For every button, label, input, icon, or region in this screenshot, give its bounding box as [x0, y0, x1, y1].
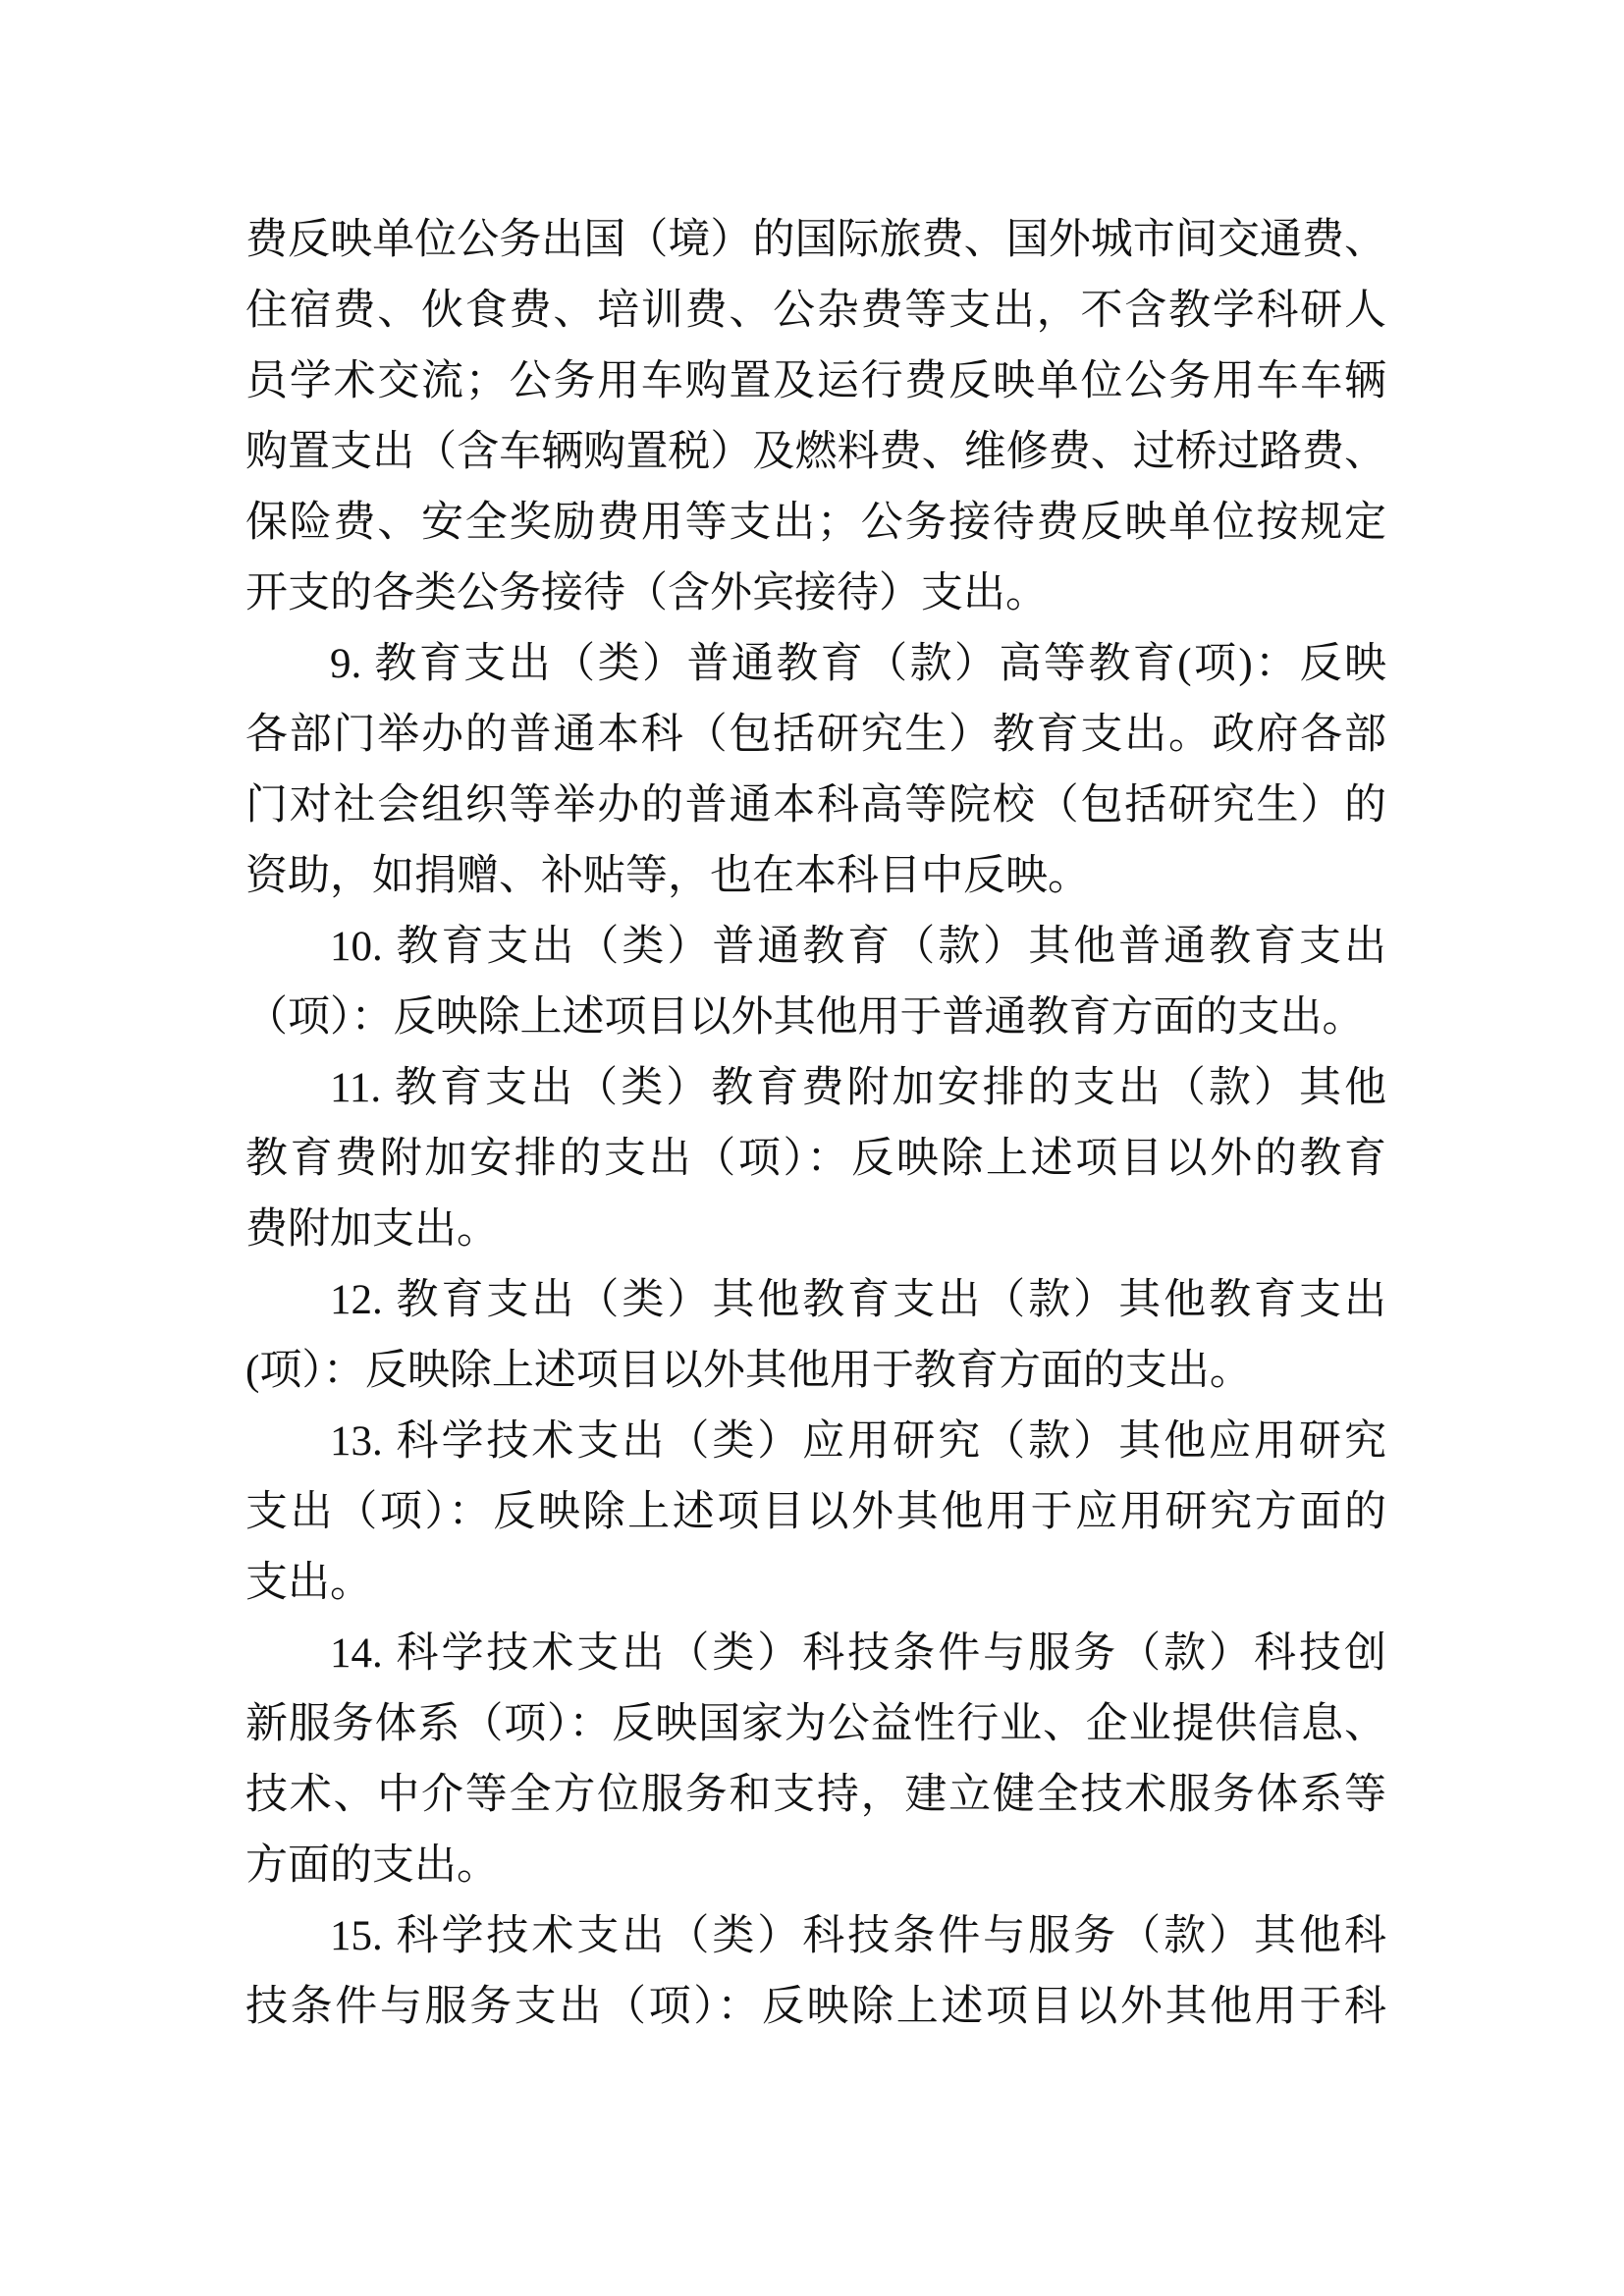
text-line: 9. 教育支出（类）普通教育（款）高等教育(项)：反映 — [245, 629, 1386, 700]
text-line: 10. 教育支出（类）普通教育（款）其他普通教育支出 — [245, 912, 1386, 983]
text-line: 费反映单位公务出国（境）的国际旅费、国外城市间交通费、 — [245, 205, 1386, 276]
text-line: 技术、中介等全方位服务和支持，建立健全技术服务体系等 — [245, 1760, 1386, 1831]
text-line: （项）：反映除上述项目以外其他用于普通教育方面的支出。 — [245, 983, 1386, 1053]
text-line: 11. 教育支出（类）教育费附加安排的支出（款）其他 — [245, 1053, 1386, 1124]
text-line: 新服务体系（项）：反映国家为公益性行业、企业提供信息、 — [245, 1689, 1386, 1760]
text-line: 开支的各类公务接待（含外宾接待）支出。 — [245, 559, 1386, 629]
text-line: 员学术交流；公务用车购置及运行费反映单位公务用车车辆 — [245, 347, 1386, 417]
text-line: 支出。 — [245, 1548, 1386, 1619]
text-block: 费反映单位公务出国（境）的国际旅费、国外城市间交通费、住宿费、伙食费、培训费、公… — [245, 205, 1386, 2043]
text-line: 支出（项）：反映除上述项目以外其他用于应用研究方面的 — [245, 1477, 1386, 1548]
text-line: 15. 科学技术支出（类）科技条件与服务（款）其他科 — [245, 1901, 1386, 1972]
text-line: 各部门举办的普通本科（包括研究生）教育支出。政府各部 — [245, 700, 1386, 771]
text-line: 14. 科学技术支出（类）科技条件与服务（款）科技创 — [245, 1619, 1386, 1689]
text-line: 方面的支出。 — [245, 1831, 1386, 1901]
text-line: 住宿费、伙食费、培训费、公杂费等支出，不含教学科研人 — [245, 276, 1386, 347]
text-line: 13. 科学技术支出（类）应用研究（款）其他应用研究 — [245, 1407, 1386, 1477]
text-line: 保险费、安全奖励费用等支出；公务接待费反映单位按规定 — [245, 488, 1386, 559]
text-line: 资助，如捐赠、补贴等，也在本科目中反映。 — [245, 841, 1386, 912]
text-line: 12. 教育支出（类）其他教育支出（款）其他教育支出 — [245, 1265, 1386, 1336]
text-line: 技条件与服务支出（项）：反映除上述项目以外其他用于科 — [245, 1972, 1386, 2043]
text-line: 费附加支出。 — [245, 1195, 1386, 1265]
text-line: 门对社会组织等举办的普通本科高等院校（包括研究生）的 — [245, 771, 1386, 841]
document-page: 费反映单位公务出国（境）的国际旅费、国外城市间交通费、住宿费、伙食费、培训费、公… — [0, 0, 1624, 2296]
text-line: 购置支出（含车辆购置税）及燃料费、维修费、过桥过路费、 — [245, 417, 1386, 488]
text-line: (项）：反映除上述项目以外其他用于教育方面的支出。 — [245, 1336, 1386, 1407]
text-line: 教育费附加安排的支出（项）：反映除上述项目以外的教育 — [245, 1124, 1386, 1195]
